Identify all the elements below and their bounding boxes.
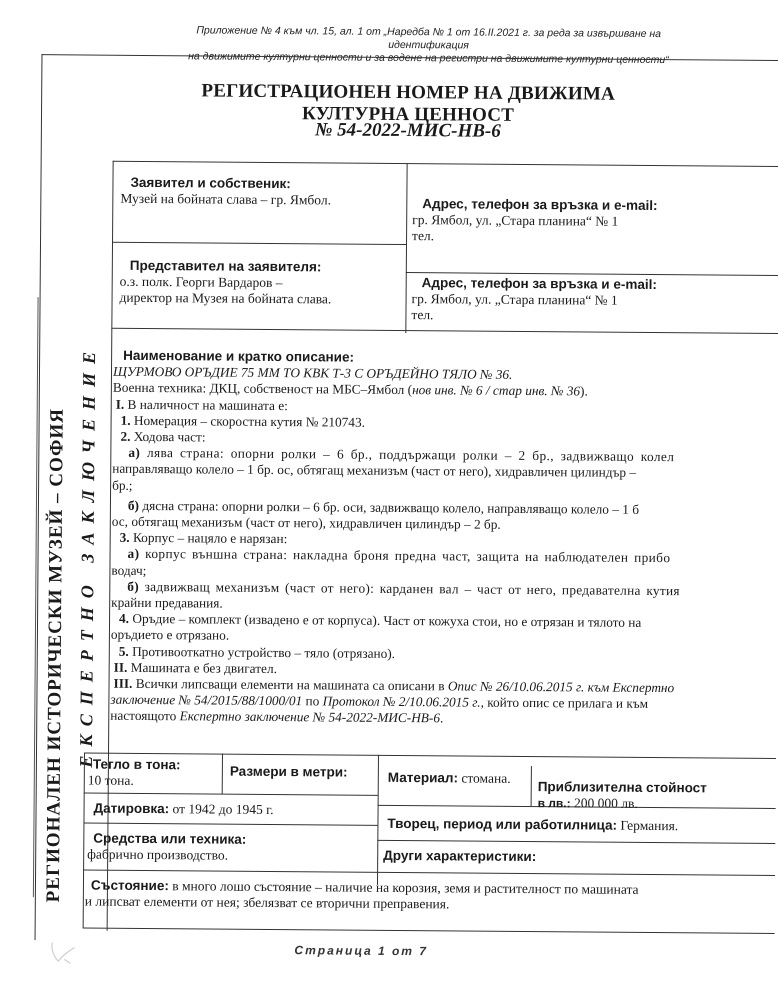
- section-3-end: .: [440, 711, 443, 726]
- registration-number: № 54-2022-МИС-НВ-6: [148, 118, 668, 144]
- item-2-num: 2.: [120, 429, 130, 444]
- item-2a-num: а): [128, 445, 140, 460]
- applicant-value: Музей на бойната слава – гр. Ямбол.: [120, 191, 331, 209]
- section-2-num: II.: [114, 660, 128, 675]
- type-text: Военна техника: ДКЦ, собственост на МБС–…: [113, 380, 412, 397]
- inventory-numbers: нов инв. № 6 / стар инв. № 36: [412, 382, 580, 398]
- museum-name: РЕГИОНАЛЕН ИСТОРИЧЕСКИ МУЗЕЙ – СОФИЯ: [43, 408, 69, 902]
- expert-conclusion-ref: заключение № 54/2015/88/1000/01: [110, 692, 302, 709]
- dating-cell: Датировка: от 1942 до 1945 г.: [94, 801, 274, 818]
- section-3-current: настоящото: [110, 708, 180, 724]
- item-3b-text-1: задвижващ механизъм (част от него): кард…: [145, 579, 680, 598]
- value-cell: Приблизителна стойност в лв.: 200 000 лв…: [538, 779, 707, 812]
- creator-value: Германия.: [617, 818, 678, 833]
- dimensions-cell: Размери в метри:: [230, 764, 348, 781]
- annex-line-1: Приложение № 4 към чл. 15, ал. 1 от „Нар…: [169, 24, 689, 54]
- item-3a-text-1: корпус външна страна: накладна броня пре…: [145, 546, 670, 565]
- inventory-reference: Опис № 26/10.06.2015 г. към Експертно: [448, 678, 674, 695]
- material-value: стомана.: [458, 770, 511, 785]
- value-line: в лв.: 200 000 лв.: [538, 795, 707, 812]
- protocol-ref: Протокол № 2/10.06.2015 г.: [323, 694, 481, 710]
- representative-address-label: Адрес, телефон за връзка и e-mail:: [422, 275, 657, 293]
- other-cell: Други характеристики:: [383, 848, 536, 865]
- item-3-num: 3.: [120, 530, 130, 545]
- applicant-address-cell: Адрес, телефон за връзка и e-mail: гр. Я…: [422, 196, 658, 246]
- section-1-num: I.: [116, 396, 125, 411]
- section-3-text-a: Всички липсващи елементи на машината са …: [136, 676, 448, 693]
- other-label: Други характеристики:: [383, 848, 536, 864]
- item-5-text: Противооткатно устройство – тяло (отряза…: [132, 644, 395, 661]
- applicant-cell: Заявител и собственик: Музей на бойната …: [130, 175, 331, 209]
- item-2-text: Ходова част:: [134, 429, 206, 445]
- handwritten-mark-icon: [44, 937, 84, 967]
- section-3-by: по: [302, 694, 323, 709]
- document-page: Приложение № 4 към чл. 15, ал. 1 от „Нар…: [0, 0, 778, 1008]
- applicant-address-label: Адрес, телефон за връзка и e-mail:: [422, 196, 657, 214]
- weight-label: Тегло в тона:: [93, 757, 181, 774]
- item-3-text: Корпус – нацяло е нарязан:: [133, 530, 287, 546]
- page-number: Страница 1 от 7: [294, 943, 428, 958]
- object-name-text: ЩУРМОВО ОРЪДИЕ 75 ММ ТО КВК Т-3 С ОРЪДЕЙ…: [113, 364, 513, 382]
- type-end: ).: [580, 384, 588, 399]
- item-1-text: Номерация – скоростна кутия № 210743.: [134, 413, 365, 430]
- current-conclusion-ref: Експертно заключение № 54-2022-МИС-НВ-6: [180, 709, 440, 726]
- material-label: Материал:: [388, 770, 458, 786]
- weight-value: 10 тона.: [88, 773, 181, 790]
- technique-label: Средства или техника:: [93, 831, 246, 848]
- condition-label: Състояние:: [91, 878, 169, 894]
- item-2b-num: б): [128, 498, 139, 513]
- representative-address: гр. Ямбол, ул. „Стара планина“ № 1: [412, 291, 657, 309]
- creator-label: Творец, период или работилница:: [387, 816, 617, 833]
- value-amount: 200 000 лв.: [571, 795, 638, 811]
- description-section: Наименование и кратко описание: ЩУРМОВО …: [110, 348, 778, 730]
- weight-cell: Тегло в тона: 10 тона.: [93, 757, 181, 790]
- applicant-label: Заявител и собственик:: [130, 175, 331, 193]
- section-2-text: Машината е без двигател.: [131, 660, 277, 676]
- technique-value: фабрично производство.: [87, 847, 246, 864]
- creator-cell: Творец, период или работилница: Германия…: [387, 816, 678, 834]
- document-type: ЕКСПЕРТНО ЗАКЛЮЧЕНИЕ: [76, 343, 100, 768]
- material-cell: Материал: стомана.: [388, 770, 511, 787]
- dimensions-label: Размери в метри:: [230, 764, 348, 780]
- representative-address-cell: Адрес, телефон за връзка и e-mail: гр. Я…: [421, 275, 657, 325]
- applicant-phone: тел.: [412, 228, 657, 246]
- item-5-num: 5.: [119, 643, 129, 658]
- technique-cell: Средства или техника: фабрично производс…: [93, 831, 246, 864]
- section-3-attached: , който опис се прилага и към: [481, 695, 649, 711]
- applicant-address: гр. Ямбол, ул. „Стара планина“ № 1: [412, 212, 657, 230]
- value-sublabel: в лв.:: [538, 796, 571, 810]
- representative-phone: тел.: [411, 307, 656, 325]
- dating-label: Датировка:: [94, 801, 170, 817]
- representative-line-2: директор на Музея на бойната слава.: [120, 290, 332, 308]
- item-3b-num: б): [127, 579, 139, 594]
- representative-label: Представител на заявителя:: [130, 258, 332, 276]
- section-1-text: В наличност на машината е:: [128, 396, 288, 412]
- section-3-num: III.: [113, 676, 132, 691]
- condition-cell: Състояние: в много лошо състояние – нали…: [91, 878, 778, 915]
- representative-cell: Представител на заявителя: о.з. полк. Ге…: [130, 258, 332, 308]
- value-label: Приблизителна стойност: [538, 779, 707, 796]
- dating-value: от 1942 до 1945 г.: [169, 801, 273, 817]
- item-1-num: 1.: [121, 413, 131, 428]
- representative-line-1: о.з. полк. Георги Вардаров –: [120, 274, 332, 292]
- item-3a-num: а): [128, 546, 140, 561]
- item-4-num: 4.: [119, 611, 129, 626]
